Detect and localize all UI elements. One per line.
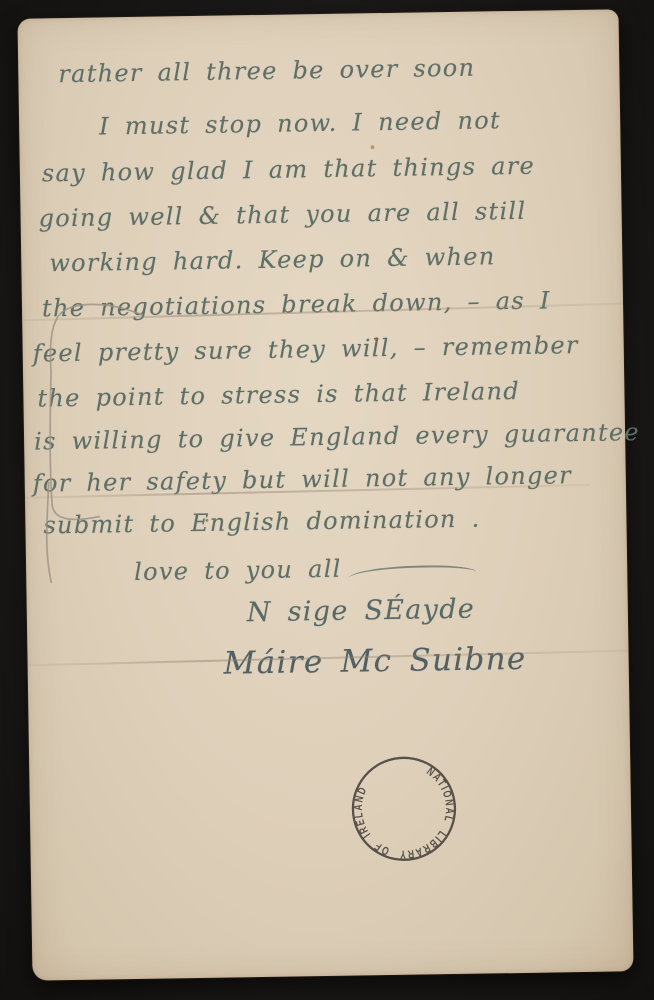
letter-line: working hard. Keep on & when [49, 242, 496, 277]
library-stamp: NATIONAL LIBRARY OF IRELAND [331, 736, 476, 881]
letter-line: say how glad I am that things are [42, 152, 536, 188]
letter-line: the point to stress is that Ireland [37, 377, 520, 413]
closing-text: love to you all [134, 555, 342, 586]
photograph-backdrop: rather all three be over soon I must sto… [0, 0, 654, 1000]
signature-line-2: Máire Mc Suibne [223, 641, 526, 682]
letter-line: going well & that you are all still [38, 197, 526, 233]
letter-line: rather all three be over soon [58, 54, 475, 89]
flourish-stroke [348, 565, 476, 579]
signature-line-1: N sige SÉayde [247, 594, 476, 629]
letter-line: feel pretty sure they will, – remember [33, 331, 579, 368]
letter-line: the negotiations break down, – as I [42, 286, 551, 322]
letter-paper: rather all three be over soon I must sto… [17, 9, 633, 980]
letter-line: I must stop now. I need not [99, 106, 501, 140]
letter-line: for her safety but will not any longer [33, 461, 573, 497]
paper-speck [371, 145, 375, 149]
letter-closing-line: love to you all [134, 553, 476, 586]
letter-line: submit to English domination . [43, 505, 481, 540]
letter-line: is willing to give England every guarant… [34, 418, 640, 456]
